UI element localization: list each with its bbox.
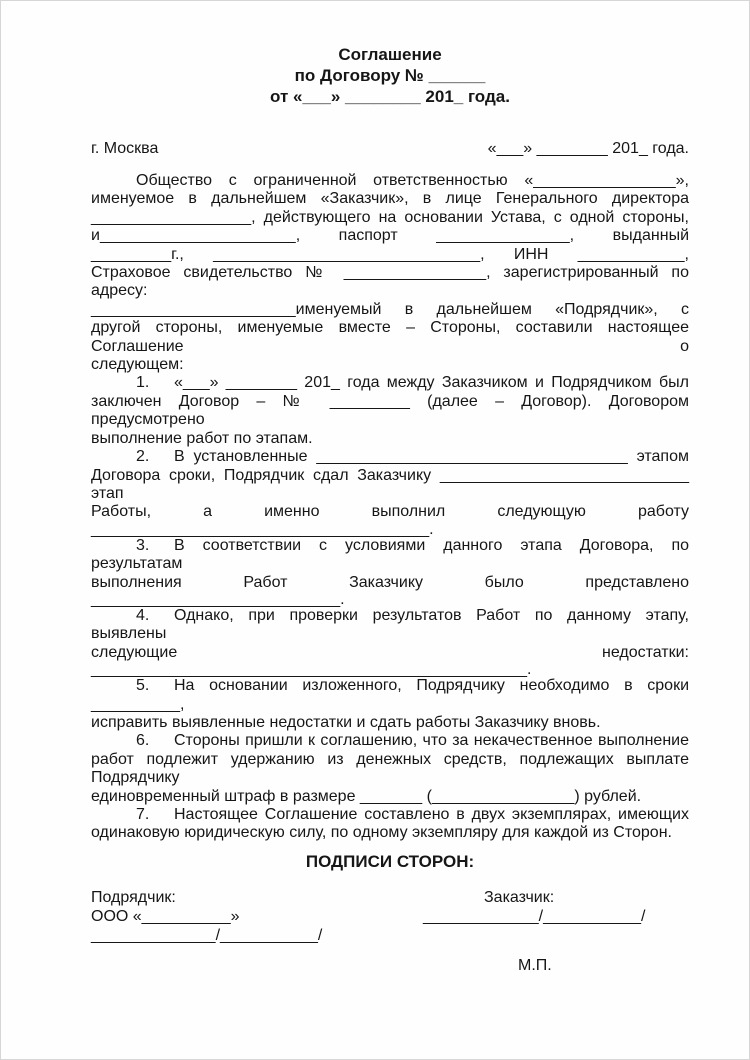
doc-line: одинаковую юридическую силу, по одному э… [91, 824, 689, 842]
item-number: 7. [91, 806, 174, 824]
doc-line: выполнение работ по этапам. [91, 430, 689, 448]
doc-line-item-3: 3.В соответствии с условиями данного эта… [91, 537, 689, 574]
doc-line-item-1: 1.«___» ________ 201_ года между Заказчи… [91, 374, 689, 392]
item-number: 1. [91, 374, 174, 392]
doc-line-item-4: 4.Однако, при проверки результатов Работ… [91, 607, 689, 644]
doc-line: именуемое в дальнейшем «Заказчик», в лиц… [91, 190, 689, 208]
doc-line: работ подлежит удержанию из денежных сре… [91, 751, 689, 788]
doc-line-item-2: 2.В установленные ______________________… [91, 448, 689, 466]
contractor-signature-block: Подрядчик: ООО «__________» ____________… [91, 888, 401, 975]
contractor-company: ООО «__________» [91, 907, 401, 926]
doc-line: другой стороны, именуемые вместе – Сторо… [91, 319, 689, 356]
contractor-label: Подрядчик: [91, 888, 401, 907]
doc-line: Работы, а именно выполнил следующую рабо… [91, 503, 689, 521]
doc-line: _________г., ___________________________… [91, 246, 689, 264]
item-number: 3. [91, 537, 174, 555]
blank-fill-line: ______________________________________. [91, 522, 689, 537]
line-text: В установленные ________________________… [174, 448, 689, 465]
city-label: г. Москва [91, 139, 158, 158]
customer-signature-block: Заказчик: _____________/___________/ М.П… [423, 888, 689, 975]
item-number: 2. [91, 448, 174, 466]
item-number: 4. [91, 607, 174, 625]
doc-line: _______________________именуемый в дальн… [91, 301, 689, 319]
customer-label: Заказчик: [423, 888, 689, 907]
doc-line: выполнения Работ Заказчику было представ… [91, 574, 689, 592]
signatures-heading: ПОДПИСИ СТОРОН: [91, 851, 689, 872]
line-text: Настоящее Соглашение составлено в двух э… [174, 806, 689, 823]
doc-line: следующем: [91, 356, 689, 374]
doc-line: и______________________, паспорт _______… [91, 227, 689, 245]
doc-title-line-1: Соглашение [91, 44, 689, 65]
doc-line-item-6: 6.Стороны пришли к соглашению, что за не… [91, 732, 689, 750]
stamp-label: М.П. [423, 956, 689, 975]
blank-fill-line: ________________________________________… [91, 662, 689, 677]
doc-line: следующие недостатки: [91, 644, 689, 662]
item-number: 6. [91, 732, 174, 750]
doc-line: заключен Договор – № _________ (далее – … [91, 393, 689, 430]
doc-line: единовременный штраф в размере _______ (… [91, 788, 689, 806]
customer-sign-line: _____________/___________/ [423, 907, 689, 926]
doc-title-line-2: по Договору № ______ [91, 65, 689, 86]
document-page: Соглашение по Договору № ______ от «___»… [0, 0, 750, 1060]
doc-title: Соглашение по Договору № ______ от «___»… [91, 44, 689, 107]
blank-fill-line: ____________________________. [91, 592, 689, 607]
line-text: В соответствии с условиями данного этапа… [91, 537, 689, 572]
doc-line: исправить выявленные недостатки и сдать … [91, 714, 689, 732]
doc-line-item-5: 5.На основании изложенного, Подрядчику н… [91, 677, 689, 714]
signatures-block: Подрядчик: ООО «__________» ____________… [91, 888, 689, 975]
doc-line: __________________, действующего на осно… [91, 209, 689, 227]
line-text: Однако, при проверки результатов Работ п… [91, 607, 689, 642]
dateline: г. Москва «___» ________ 201_ года. [91, 139, 689, 158]
line-text: «___» ________ 201_ года между Заказчико… [174, 374, 689, 391]
line-text: Стороны пришли к соглашению, что за нека… [174, 732, 689, 749]
doc-line-item-7: 7.Настоящее Соглашение составлено в двух… [91, 806, 689, 824]
doc-title-line-3: от «___» ________ 201_ года. [91, 86, 689, 107]
contractor-sign-line: ______________/___________/ [91, 926, 401, 945]
date-label: «___» ________ 201_ года. [488, 139, 689, 158]
document-body: Общество с ограниченной ответственностью… [91, 172, 689, 843]
doc-line: Договора сроки, Подрядчик сдал Заказчику… [91, 467, 689, 504]
doc-line: Общество с ограниченной ответственностью… [91, 172, 689, 190]
doc-line: Страховое свидетельство № ______________… [91, 264, 689, 301]
line-text: На основании изложенного, Подрядчику нео… [91, 677, 689, 712]
item-number: 5. [91, 677, 174, 695]
